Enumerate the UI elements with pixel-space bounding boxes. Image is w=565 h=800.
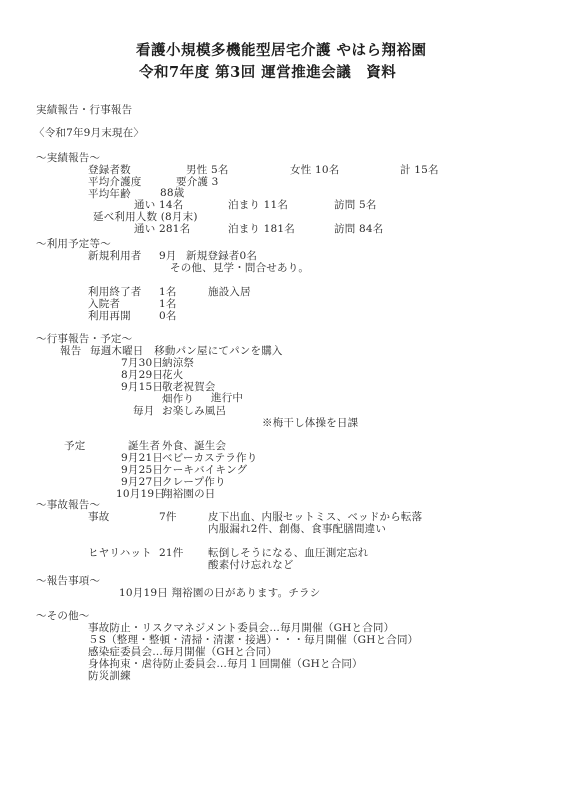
plan-date: 9月27日 <box>121 476 163 488</box>
farm-status: 進行中 <box>211 392 243 404</box>
current-tomari: 泊まり 11名 <box>228 199 288 211</box>
plan-event: クレープ作り <box>162 476 226 488</box>
nearmiss-label: ヒヤリハット <box>88 547 152 559</box>
other-item: 防災訓練 <box>88 670 131 682</box>
exercise-note: ※梅干し体操を日課 <box>262 417 358 429</box>
end-user-label: 利用終了者 <box>88 286 142 298</box>
as-of-date: 〈令和7年9月末現在〉 <box>34 127 144 139</box>
report-item: 10月19日 翔裕園の日があります。チラシ <box>119 587 320 599</box>
document-title: 看護小規模多機能型居宅介護 やはら翔裕園 <box>136 42 427 60</box>
accident-detail: 皮下出血、内服セットミス、ベッドから転落 <box>208 511 422 523</box>
report-label: 報告 <box>60 345 81 357</box>
other-item: 事故防止・リスクマネジメント委員会…毎月開催（GHと合同） <box>88 622 394 634</box>
section-heading: ～報告事項～ <box>36 575 100 587</box>
new-user-month: 9月 <box>159 250 177 262</box>
document-subtitle: 令和7年度 第3回 運営推進会議 資料 <box>139 64 396 82</box>
nearmiss-detail: 酸素付け忘れなど <box>208 559 294 571</box>
cumulative-tsuusho: 通い 281名 <box>134 223 190 235</box>
plan-event: ケーキバイキング <box>162 464 247 476</box>
plan-event: 外食、誕生会 <box>162 440 226 452</box>
end-user-value: 1名 <box>159 286 177 298</box>
hospitalized-value: 1名 <box>159 298 177 310</box>
end-user-note: 施設入居 <box>208 286 251 298</box>
plan-label: 予定 <box>64 440 85 452</box>
plan-event: 翔裕園の日 <box>162 488 216 500</box>
accident-count: 7件 <box>159 511 177 523</box>
other-item: ５S（整理・整頓・清掃・清潔・接遇）・・・毎月開催（GHと合同） <box>88 634 418 646</box>
weekly-event: 毎週木曜日 移動パン屋にてパンを購入 <box>90 345 283 357</box>
current-tsuusho: 通い 14名 <box>134 199 183 211</box>
accident-detail: 内服漏れ2件、創傷、食事配膳間違い <box>208 523 386 535</box>
registered-male: 男性 5名 <box>186 164 229 176</box>
report-date: 7月30日 <box>121 357 163 369</box>
resume-value: 0名 <box>159 310 177 322</box>
hospitalized-label: 入院者 <box>88 298 120 310</box>
plan-date: 誕生者 <box>128 440 160 452</box>
cumulative-houmon: 訪問 84名 <box>334 223 383 235</box>
section-heading: ～その他～ <box>36 610 90 622</box>
report-date: 9月15日 <box>121 381 163 393</box>
section-heading: ～事故報告～ <box>36 499 100 511</box>
registered-total: 計 15名 <box>400 164 439 176</box>
other-item: 感染症委員会…毎月開催（GHと合同） <box>88 646 277 658</box>
nearmiss-count: 21件 <box>159 547 183 559</box>
nearmiss-detail: 転倒しそうになる、血圧測定忘れ <box>208 547 369 559</box>
section-heading: ～利用予定等～ <box>36 238 111 250</box>
plan-date: 9月25日 <box>121 464 163 476</box>
avg-care-label: 平均介護度 <box>88 176 142 188</box>
farm-event: 畑作り <box>162 393 194 405</box>
plan-date: 9月21日 <box>121 452 163 464</box>
registered-label: 登録者数 <box>88 164 131 176</box>
monthly-label: 毎月 <box>133 405 154 417</box>
registered-female: 女性 10名 <box>290 164 339 176</box>
section-heading: ～行事報告・予定～ <box>36 333 132 345</box>
report-event: 納涼祭 <box>162 357 194 369</box>
monthly-event: お楽しみ風呂 <box>162 405 226 417</box>
cumulative-tomari: 泊まり 181名 <box>228 223 295 235</box>
current-houmon: 訪問 5名 <box>334 199 377 211</box>
report-event: 花火 <box>162 369 183 381</box>
other-item: 身体拘束・虐待防止委員会…毎月１回開催（GHと合同） <box>88 658 363 670</box>
avg-age-label: 平均年齢 <box>88 188 131 200</box>
new-user-value: 新規登録者0名 <box>186 250 257 262</box>
resume-label: 利用再開 <box>88 310 131 322</box>
plan-event: ベビーカステラ作り <box>162 452 257 464</box>
new-user-label: 新規利用者 <box>88 250 142 262</box>
cumulative-label: 延べ利用人数 (8月末) <box>93 211 198 223</box>
new-user-note: その他、見学・問合せあり。 <box>170 262 309 274</box>
avg-age-value: 88歳 <box>160 187 184 199</box>
report-event: 敬老祝賀会 <box>162 381 216 393</box>
accident-label: 事故 <box>88 511 109 523</box>
intro-heading: 実績報告・行事報告 <box>36 104 132 116</box>
plan-date: 10月19日 <box>116 488 165 500</box>
section-heading: ～実績報告～ <box>36 152 100 164</box>
report-date: 8月29日 <box>121 369 163 381</box>
